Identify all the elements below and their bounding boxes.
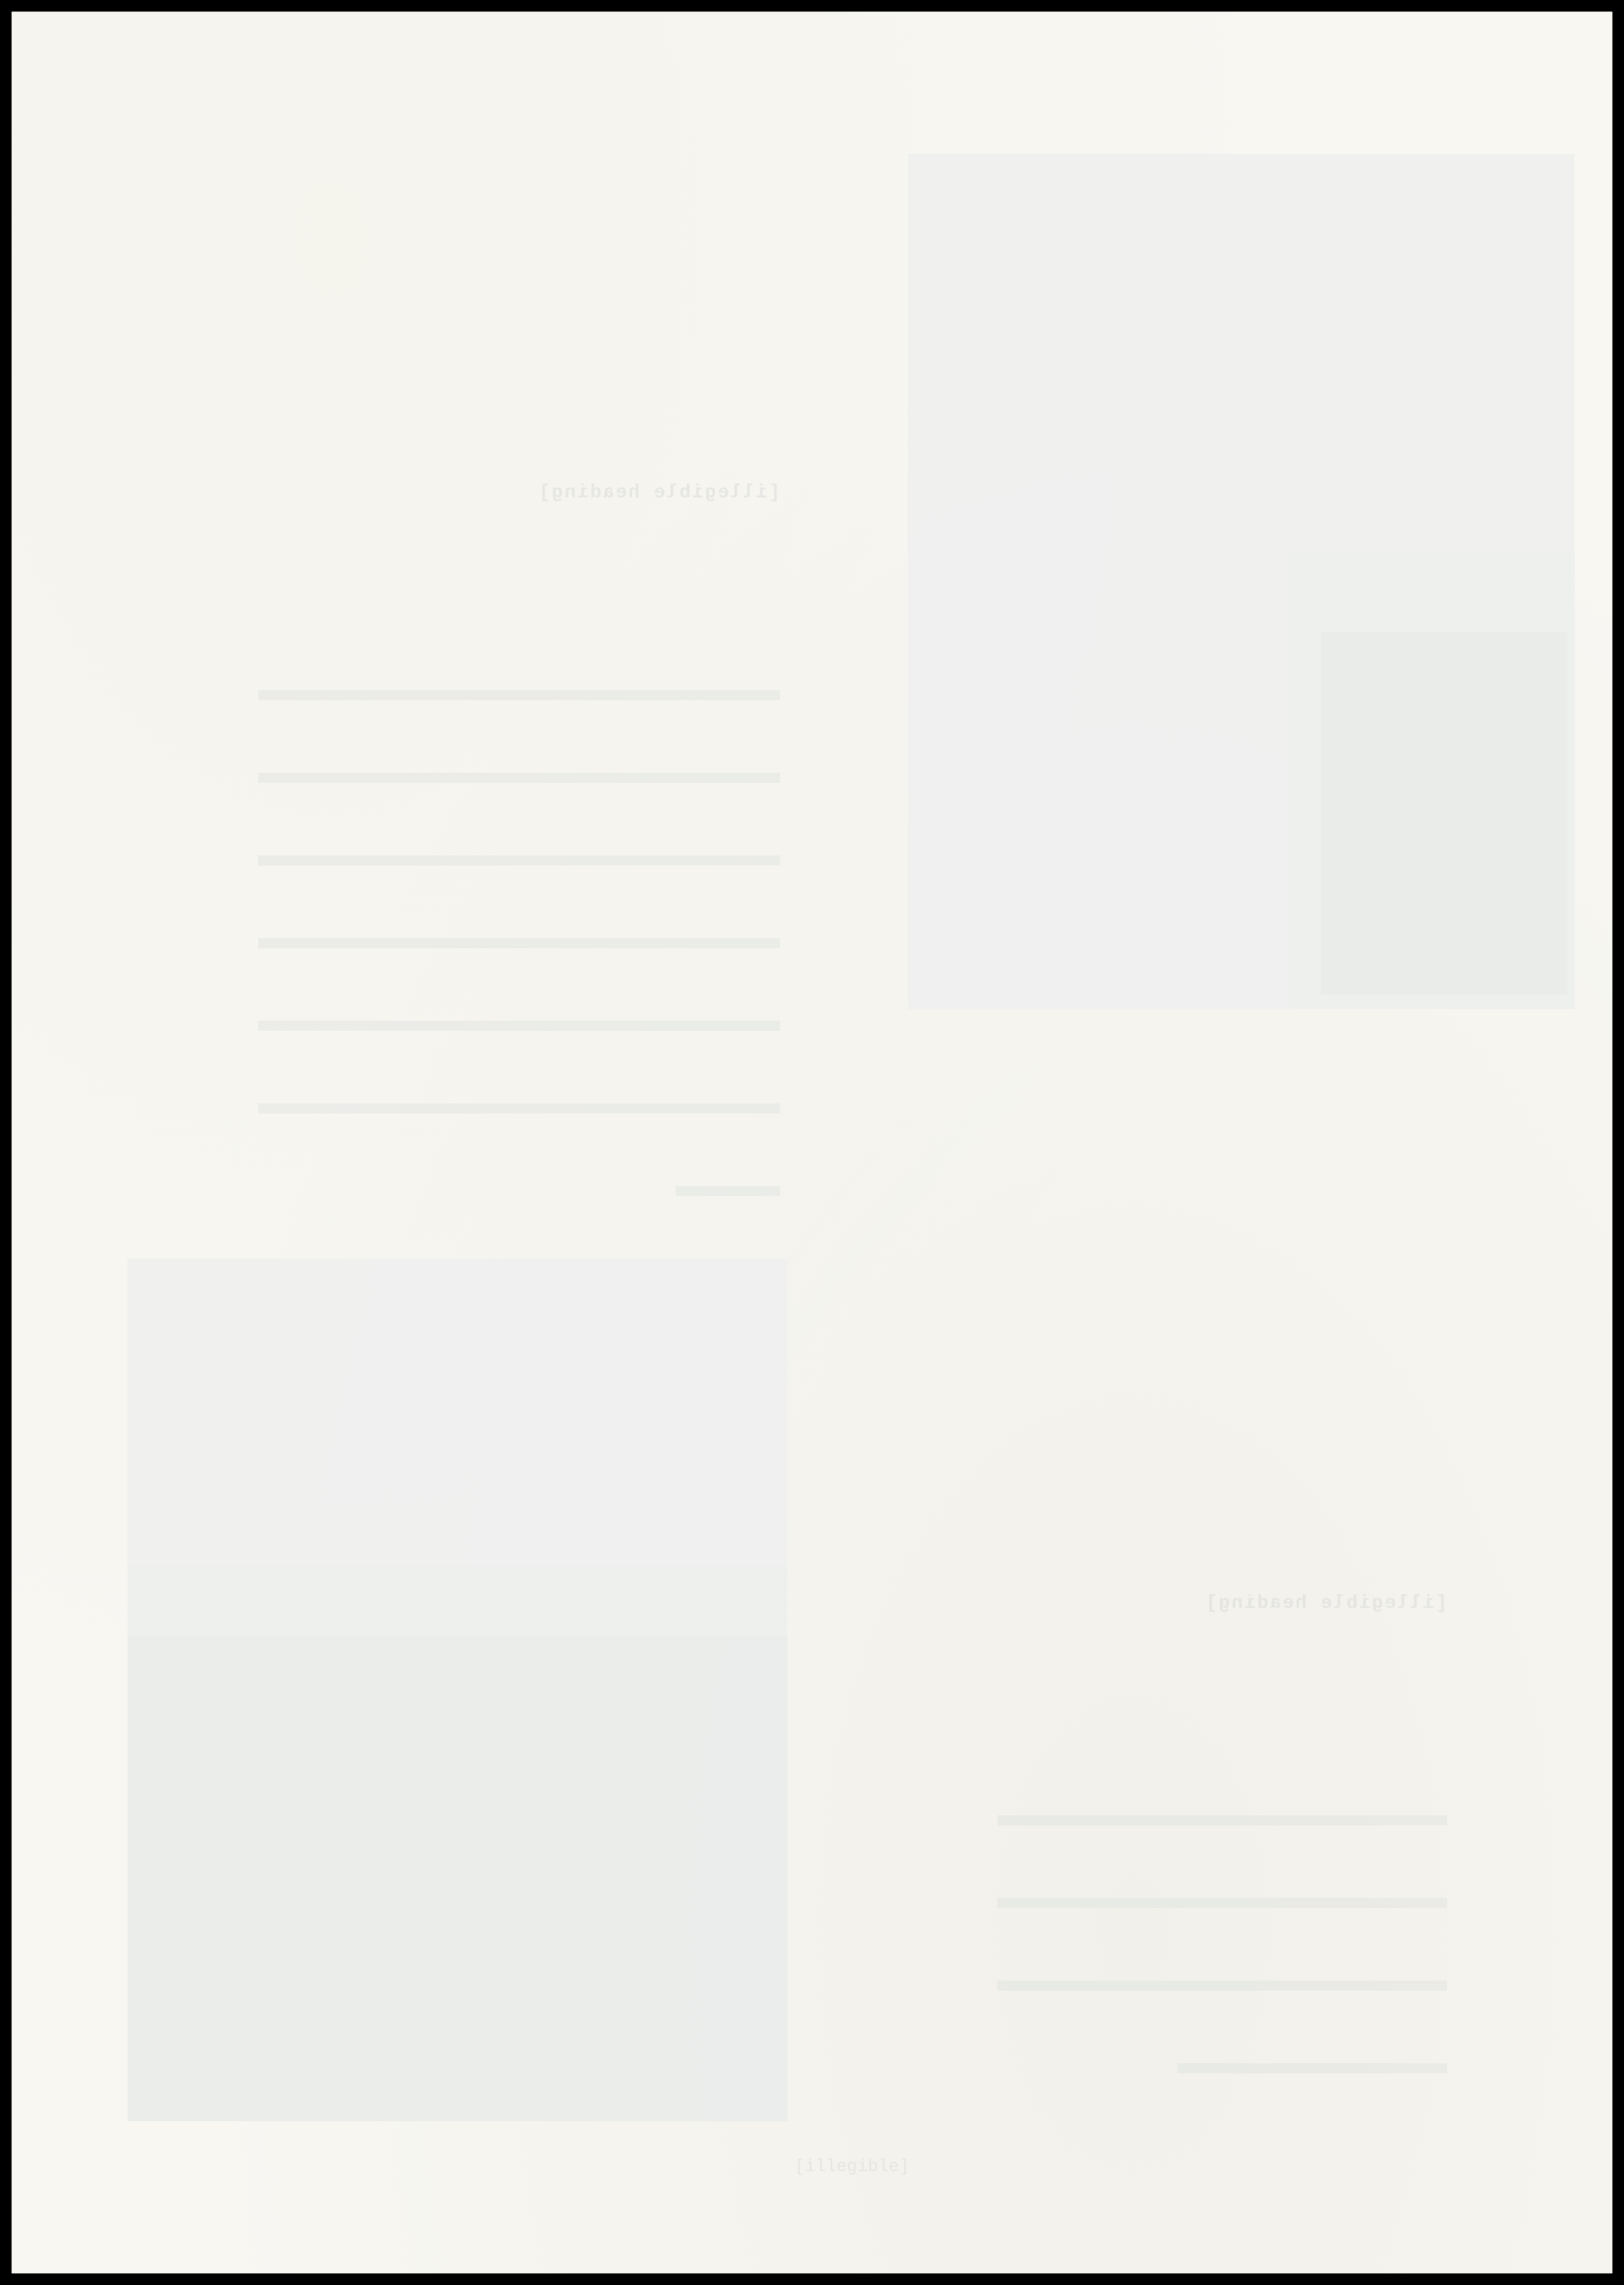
show-through-photo-bottom-left: [128, 1258, 787, 2121]
illegible-line: [258, 855, 780, 866]
show-through-heading: [illegible heading]: [258, 478, 780, 506]
illegible-line: [258, 1021, 780, 1031]
scanned-page: [illegible heading] [illegible heading] …: [12, 12, 1612, 2273]
show-through-body: [998, 1751, 1447, 2137]
illegible-line: [258, 773, 780, 783]
show-through-photo-inset: [128, 1635, 787, 2121]
show-through-text-block-top-left: [illegible heading]: [258, 423, 780, 1315]
show-through-text-block-bottom-right: [illegible heading]: [998, 1534, 1447, 2192]
illegible-line: [998, 1981, 1447, 1991]
illegible-line: [998, 1815, 1447, 1825]
illegible-line: [258, 938, 780, 948]
show-through-body: [258, 626, 780, 1260]
illegible-line: [676, 1186, 780, 1196]
show-through-heading: [illegible heading]: [998, 1589, 1447, 1617]
show-through-photo-inset: [1321, 632, 1567, 995]
illegible-line: [998, 1898, 1447, 1908]
show-through-page-number: [illegible]: [795, 2157, 853, 2177]
illegible-line: [1177, 2063, 1447, 2073]
illegible-line: [258, 1103, 780, 1114]
show-through-photo-top-right: [908, 154, 1575, 1009]
illegible-line: [258, 690, 780, 700]
